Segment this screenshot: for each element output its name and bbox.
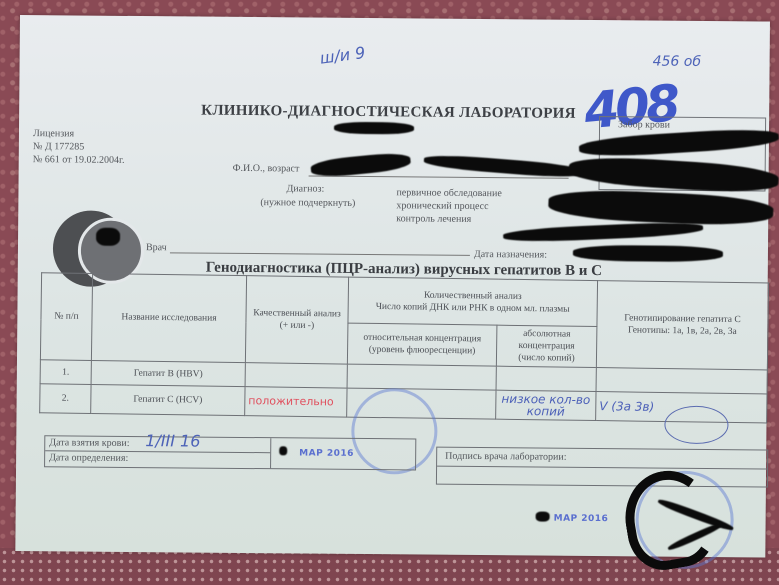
- blood-date-value: 1/III 16: [145, 431, 200, 450]
- handwritten-note-top-right: 456 об: [653, 54, 702, 70]
- diagnosis-options: первичное обследование хронический проце…: [396, 186, 502, 226]
- doctor-label: Врач: [146, 242, 167, 253]
- row-num: 2.: [40, 384, 91, 414]
- header-qualitative-hint: (+ или -): [249, 319, 344, 332]
- row-qualitative: [245, 363, 347, 388]
- determination-date-label: Дата определения:: [49, 452, 128, 464]
- handwritten-note-top-left: ш/и 9: [319, 43, 367, 68]
- divider: [270, 438, 271, 468]
- dates-box: Дата взятия крови: 1/III 16 Дата определ…: [44, 435, 416, 470]
- doctor-line: [170, 252, 470, 256]
- determination-stamp-date: МАР 2016: [299, 448, 354, 458]
- header-relative-hint: (уровень флюоресценции): [351, 344, 493, 358]
- row-relative: [347, 364, 496, 390]
- header-absolute: абсолютная концентрация (число копий): [496, 325, 597, 367]
- header-genotyping: Генотипирование гепатита С Генотипы: 1а,…: [596, 281, 768, 370]
- blood-sample-label: Забор крови: [618, 119, 670, 130]
- diagnosis-label: Диагноз:: [286, 183, 324, 194]
- header-qualitative-label: Качественный анализ: [249, 307, 344, 320]
- header-absolute-hint: (число копий): [500, 352, 593, 365]
- row-absolute-handwritten: низкое кол-во копий: [496, 390, 596, 420]
- fio-label: Ф.И.О., возраст: [233, 163, 300, 175]
- divider: [437, 466, 767, 470]
- header-name: Название исследования: [91, 274, 246, 363]
- redacted-stamp-day: [536, 512, 550, 522]
- row-num: 1.: [40, 360, 91, 385]
- signature-box: Подпись врача лаборатории:: [436, 447, 768, 488]
- redacted-appointment-date: [573, 245, 723, 262]
- row-name: Гепатит С (HCV): [91, 384, 245, 415]
- row-qualitative-stamp: положительно: [245, 387, 347, 417]
- signature-label: Подпись врача лаборатории:: [445, 451, 566, 463]
- header-genotypes: Генотипы: 1а, 1в, 2а, 2в, 3а: [600, 324, 764, 338]
- diagnosis-hint: (нужное подчеркнуть): [260, 197, 355, 209]
- redacted-blood-sample-details: [548, 188, 774, 228]
- lab-title: КЛИНИКО-ДИАГНОСТИЧЕСКАЯ ЛАБОРАТОРИЯ: [201, 103, 576, 123]
- handwritten-circle: [664, 406, 728, 445]
- fio-line: [309, 176, 569, 179]
- license-date: № 661 от 19.02.2004г.: [33, 153, 125, 167]
- diagnosis-option: первичное обследование: [396, 186, 502, 200]
- redacted-stamp-day: [279, 446, 287, 455]
- header-relative: относительная концентрация (уровень флюо…: [347, 323, 497, 366]
- row-name: Гепатит В (HBV): [91, 360, 245, 386]
- appointment-date-label: Дата назначения:: [474, 249, 547, 261]
- license-label: Лицензия: [33, 127, 125, 141]
- row-genotype: [596, 368, 767, 394]
- diagnosis-option: хронический процесс: [396, 199, 502, 213]
- header-quantitative: Количественный анализ Число копий ДНК ил…: [348, 277, 598, 326]
- redacted-lab-name: [334, 122, 414, 135]
- header-qualitative: Качественный анализ (+ или -): [245, 276, 348, 364]
- header-absolute-label: абсолютная концентрация: [500, 328, 593, 353]
- row-absolute: [496, 366, 596, 391]
- bottom-stamp-date: МАР 2016: [554, 514, 609, 524]
- license-number: № Д 177285: [33, 140, 125, 154]
- blood-date-label: Дата взятия крови:: [49, 437, 129, 449]
- header-num: № п/п: [40, 273, 92, 361]
- diagnosis-option: контроль лечения: [396, 212, 502, 226]
- header-quantitative-sub: Число копий ДНК или РНК в одном мл. плаз…: [352, 300, 594, 315]
- redacted-patient-name: [310, 151, 411, 179]
- redacted-logo-text: [96, 228, 120, 246]
- redacted-patient-name: [423, 153, 584, 180]
- lab-report-document: ш/и 9 456 об 408 КЛИНИКО-ДИАГНОСТИЧЕСКАЯ…: [15, 15, 770, 558]
- redacted-diagnosis-details: [503, 221, 703, 244]
- license-block: Лицензия № Д 177285 № 661 от 19.02.2004г…: [33, 127, 125, 167]
